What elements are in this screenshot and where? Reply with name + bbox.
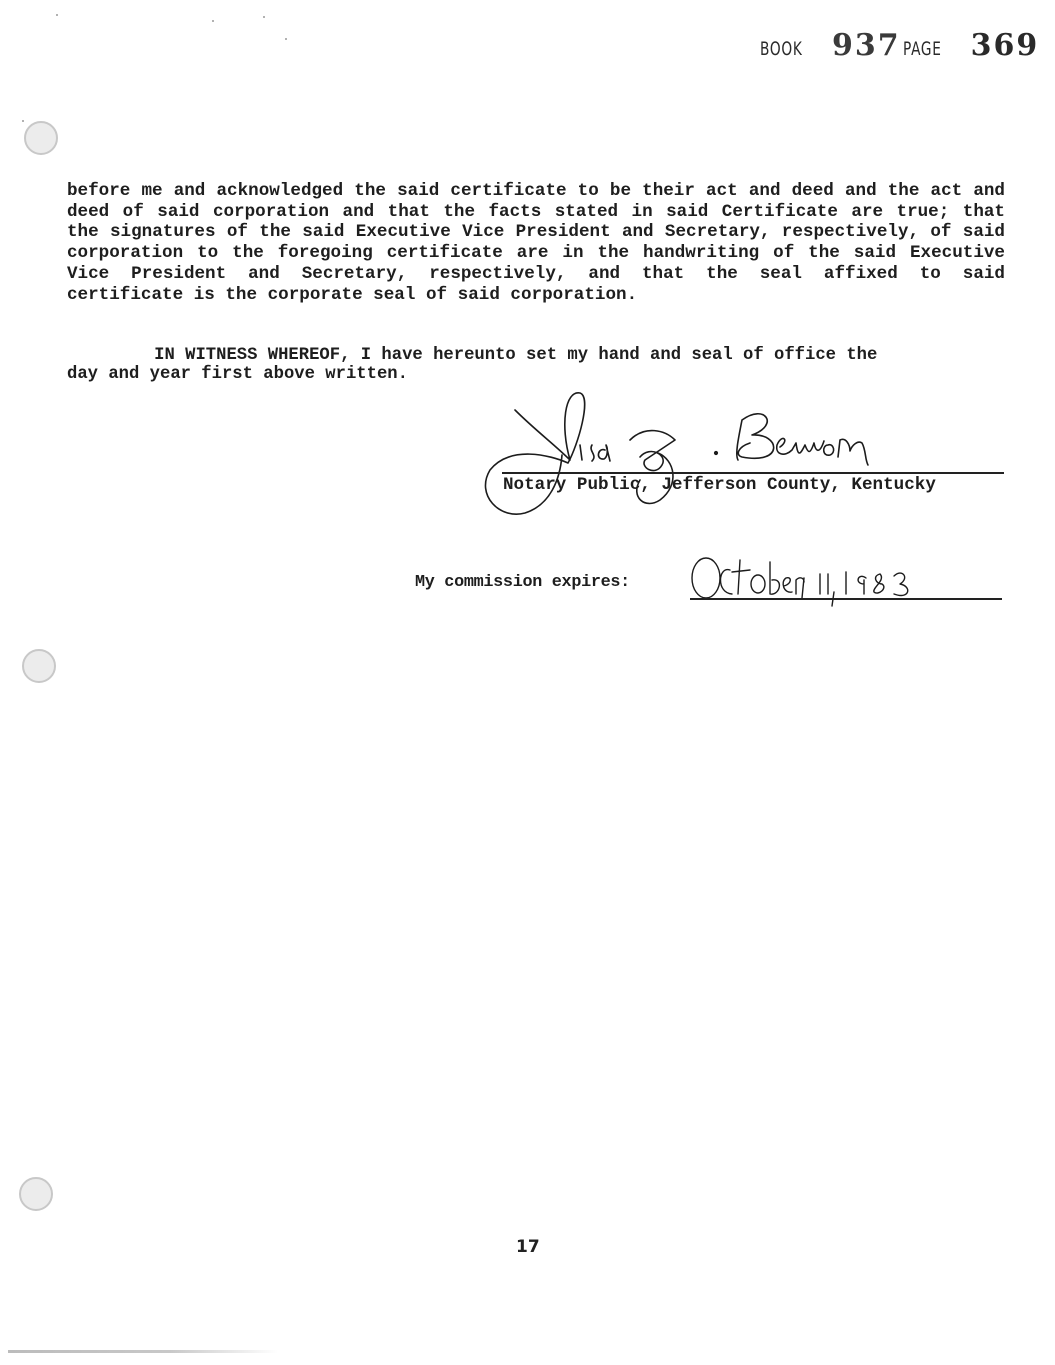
acknowledgement-paragraph: before me and acknowledged the said cert…	[67, 181, 1005, 305]
page-number: 17	[516, 1237, 540, 1257]
hole-punch-icon	[24, 121, 58, 155]
page-label: PAGE	[903, 38, 945, 60]
notary-signature-icon	[480, 385, 920, 525]
document-page: BOOK 937 PAGE 369 before me and acknowle…	[0, 0, 1055, 1365]
scan-speck	[56, 14, 58, 16]
commission-date-line	[690, 598, 1002, 600]
commission-expires-label: My commission expires:	[415, 573, 630, 592]
signature-line	[502, 472, 1004, 474]
hole-punch-icon	[19, 1177, 53, 1211]
witness-line-1: IN WITNESS WHEREOF, I have hereunto set …	[67, 346, 877, 365]
hole-punch-icon	[22, 649, 56, 683]
scan-speck	[212, 20, 214, 22]
witness-line-2: day and year first above written.	[67, 365, 408, 384]
scan-speck	[285, 38, 287, 40]
scan-edge-line	[8, 1350, 278, 1353]
book-page-stamp: BOOK 937 PAGE 369	[760, 28, 1039, 63]
recorded-page-number: 369	[971, 28, 1040, 63]
witness-paragraph: IN WITNESS WHEREOF, I have hereunto set …	[67, 346, 996, 384]
scan-speck	[263, 16, 265, 18]
book-label: BOOK	[760, 38, 793, 60]
scan-speck	[22, 120, 24, 122]
notary-caption: Notary Public, Jefferson County, Kentuck…	[503, 475, 936, 495]
book-number: 937	[832, 28, 901, 63]
